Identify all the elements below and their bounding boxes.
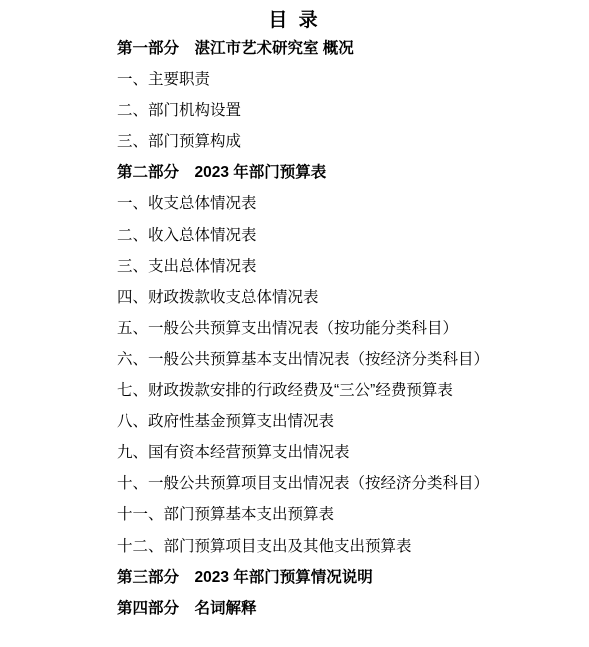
toc-line: 六、一般公共预算基本支出情况表（按经济分类科目） xyxy=(117,344,585,375)
toc-page: 目 录 第一部分 湛江市艺术研究室 概况一、主要职责二、部门机构设置三、部门预算… xyxy=(0,0,589,647)
toc-line: 三、支出总体情况表 xyxy=(117,251,585,282)
toc-line: 十一、部门预算基本支出预算表 xyxy=(117,499,585,530)
toc-line: 第二部分 2023 年部门预算表 xyxy=(117,157,585,188)
toc-line: 七、财政拨款安排的行政经费及“三公”经费预算表 xyxy=(117,375,585,406)
toc-line: 八、政府性基金预算支出情况表 xyxy=(117,406,585,437)
toc-list: 第一部分 湛江市艺术研究室 概况一、主要职责二、部门机构设置三、部门预算构成第二… xyxy=(117,33,585,624)
toc-line: 第四部分 名词解释 xyxy=(117,593,585,624)
toc-line: 五、一般公共预算支出情况表（按功能分类科目） xyxy=(117,313,585,344)
toc-line: 第三部分 2023 年部门预算情况说明 xyxy=(117,562,585,593)
toc-line: 第一部分 湛江市艺术研究室 概况 xyxy=(117,33,585,64)
toc-line: 九、国有资本经营预算支出情况表 xyxy=(117,437,585,468)
toc-line: 二、部门机构设置 xyxy=(117,95,585,126)
toc-line: 一、收支总体情况表 xyxy=(117,188,585,219)
toc-line: 二、收入总体情况表 xyxy=(117,220,585,251)
toc-line: 四、财政拨款收支总体情况表 xyxy=(117,282,585,313)
toc-line: 十、一般公共预算项目支出情况表（按经济分类科目） xyxy=(117,468,585,499)
page-title: 目 录 xyxy=(0,5,589,32)
toc-line: 一、主要职责 xyxy=(117,64,585,95)
toc-line: 十二、部门预算项目支出及其他支出预算表 xyxy=(117,531,585,562)
toc-line: 三、部门预算构成 xyxy=(117,126,585,157)
